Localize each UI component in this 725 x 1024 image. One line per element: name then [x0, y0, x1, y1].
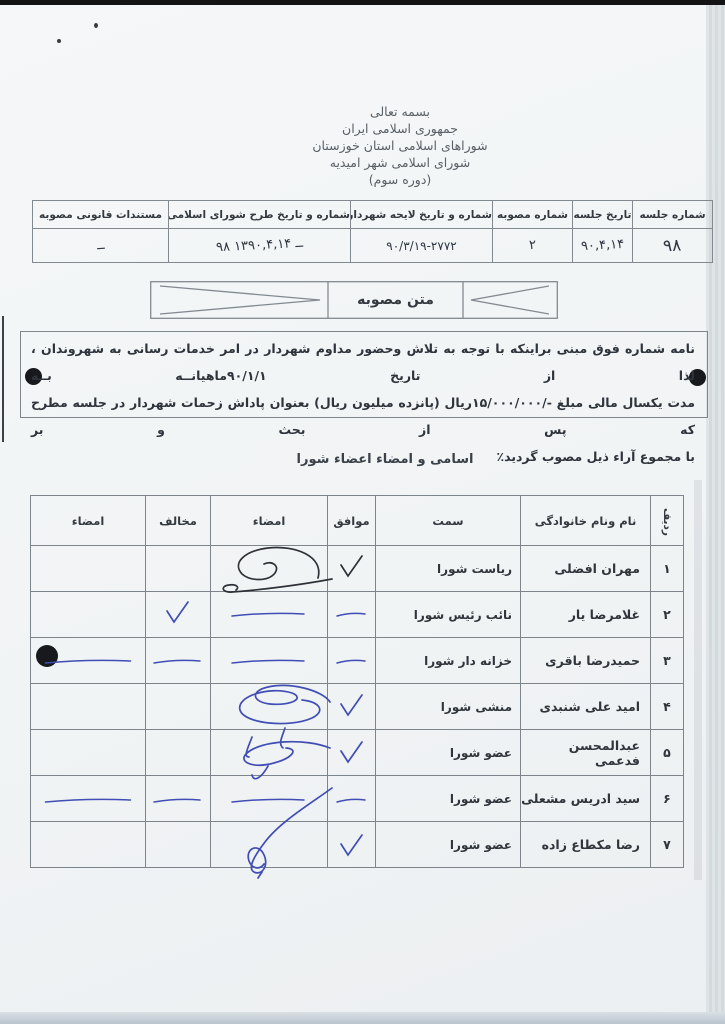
- row-no: ۴: [651, 684, 684, 730]
- info-header-session-no: شماره جلسه: [633, 201, 713, 229]
- signature-cell: [211, 546, 328, 592]
- header-signature-agree: امضاء: [211, 496, 328, 546]
- signature-cell: [31, 592, 146, 638]
- signature-cell: [211, 822, 328, 868]
- info-header-bill: شماره و تاریخ لایحه شهرداری: [351, 201, 493, 229]
- agree-cell: [328, 684, 376, 730]
- member-name: غلامرضا یار: [521, 592, 651, 638]
- signature-cell: [211, 638, 328, 684]
- resolution-line: نامه شماره فوق مبنی براینکه با توجه به ت…: [31, 335, 695, 389]
- agree-cell: [328, 822, 376, 868]
- member-position: خزانه دار شورا: [376, 638, 521, 684]
- letterhead-line: شوراهای اسلامی استان خوزستان: [160, 137, 640, 154]
- row-no-label: ردیف: [661, 508, 673, 536]
- banner-label: متن مصوبه: [328, 281, 463, 319]
- agree-cell: [328, 730, 376, 776]
- member-position: عضو شورا: [376, 730, 521, 776]
- signature-cell: [211, 592, 328, 638]
- member-row: ۶ سید ادریس مشعلی عضو شورا: [31, 776, 684, 822]
- handwritten-plan-number-date: ۹۸ ــ ۱۳۹۰,۴,۱۴: [216, 236, 304, 256]
- signature-cell: [31, 776, 146, 822]
- info-value-session-date: ۹۰,۴,۱۴: [573, 229, 633, 263]
- signature-cell: [31, 638, 146, 684]
- scanned-document-page: بسمه تعالی جمهوری اسلامی ایران شوراهای ا…: [0, 0, 725, 1024]
- agree-cell: [328, 592, 376, 638]
- info-value-plan: ۹۸ ــ ۱۳۹۰,۴,۱۴: [169, 229, 351, 263]
- info-header-legal-refs: مستندات قانونی مصوبه: [33, 201, 169, 229]
- signature-header-row: ردیف نام ونام خانوادگی سمت موافق امضاء م…: [31, 496, 684, 546]
- handwritten-resolution-no: ۲: [529, 238, 537, 253]
- resolution-text-box: نامه شماره فوق مبنی براینکه با توجه به ت…: [20, 331, 708, 418]
- member-position: منشی شورا: [376, 684, 521, 730]
- member-name: عبدالمحسن فدعمی: [521, 730, 651, 776]
- oppose-cell: [146, 638, 211, 684]
- member-row: ۵ عبدالمحسن فدعمی عضو شورا: [31, 730, 684, 776]
- member-row: ۲ غلامرضا یار نائب رئیس شورا: [31, 592, 684, 638]
- signature-cell: [31, 822, 146, 868]
- scan-right-shadow: [694, 480, 702, 880]
- scan-right-edge: [706, 5, 725, 1012]
- signature-cell: [211, 776, 328, 822]
- info-value-resolution-no: ۲: [493, 229, 573, 263]
- letterhead: بسمه تعالی جمهوری اسلامی ایران شوراهای ا…: [160, 103, 640, 188]
- signature-cell: [31, 730, 146, 776]
- ink-speck: [57, 39, 61, 43]
- oppose-cell: [146, 592, 211, 638]
- signature-cell: [31, 684, 146, 730]
- handwritten-dash: ــ: [96, 238, 104, 253]
- agree-cell: [328, 776, 376, 822]
- oppose-cell: [146, 776, 211, 822]
- letterhead-line: بسمه تعالی: [160, 103, 640, 120]
- member-row: ۷ رضا مکطاع زاده عضو شورا: [31, 822, 684, 868]
- row-no: ۶: [651, 776, 684, 822]
- scan-top-edge: [0, 0, 725, 5]
- member-name: امید علی شنبدی: [521, 684, 651, 730]
- resolution-text-banner: متن مصوبه: [150, 281, 558, 319]
- header-name: نام ونام خانوادگی: [521, 496, 651, 546]
- header-signature-oppose: امضاء: [31, 496, 146, 546]
- oppose-cell: [146, 684, 211, 730]
- bill-number-date: ۹۰/۳/۱۹-۲۷۷۲: [386, 239, 456, 253]
- agree-cell: [328, 546, 376, 592]
- scan-bottom-edge: [0, 1012, 725, 1024]
- member-position: عضو شورا: [376, 822, 521, 868]
- scan-left-edge-line: [2, 316, 4, 442]
- signature-cell: [211, 730, 328, 776]
- letterhead-line: جمهوری اسلامی ایران: [160, 120, 640, 137]
- info-value-row: ۹۸ ۹۰,۴,۱۴ ۲ ۹۰/۳/۱۹-۲۷۷۲ ۹۸ ــ ۱۳۹۰,۴,۱…: [33, 229, 713, 263]
- row-no: ۷: [651, 822, 684, 868]
- member-name: مهران افضلی: [521, 546, 651, 592]
- member-position: ریاست شورا: [376, 546, 521, 592]
- header-row-no: ردیف: [651, 496, 684, 546]
- signatures-section-title: اسامی و امضاء اعضاء شورا: [235, 452, 535, 467]
- signature-table: ردیف نام ونام خانوادگی سمت موافق امضاء م…: [30, 495, 684, 868]
- ink-speck: [94, 23, 98, 28]
- row-no: ۱: [651, 546, 684, 592]
- row-no: ۲: [651, 592, 684, 638]
- info-header-row: شماره جلسه تاریخ جلسه شماره مصوبه شماره …: [33, 201, 713, 229]
- header-position: سمت: [376, 496, 521, 546]
- info-value-bill: ۹۰/۳/۱۹-۲۷۷۲: [351, 229, 493, 263]
- agree-cell: [328, 638, 376, 684]
- member-name: سید ادریس مشعلی: [521, 776, 651, 822]
- letterhead-line: شورای اسلامی شهر امیدیه: [160, 154, 640, 171]
- header-agree: موافق: [328, 496, 376, 546]
- handwritten-session-date: ۹۰,۴,۱۴: [581, 237, 625, 254]
- member-row: ۳ حمیدرضا باقری خزانه دار شورا: [31, 638, 684, 684]
- member-name: حمیدرضا باقری: [521, 638, 651, 684]
- member-row: ۱ مهران افضلی ریاست شورا: [31, 546, 684, 592]
- member-row: ۴ امید علی شنبدی منشی شورا: [31, 684, 684, 730]
- info-header-plan: شماره و تاریخ طرح شورای اسلامی: [169, 201, 351, 229]
- oppose-cell: [146, 822, 211, 868]
- info-value-legal-refs: ــ: [33, 229, 169, 263]
- info-value-session-no: ۹۸: [633, 229, 713, 263]
- row-no: ۵: [651, 730, 684, 776]
- oppose-cell: [146, 546, 211, 592]
- letterhead-line: (دوره سوم): [160, 171, 640, 188]
- handwritten-session-no: ۹۸: [663, 235, 682, 256]
- oppose-cell: [146, 730, 211, 776]
- signature-cell: [211, 684, 328, 730]
- signature-cell: [31, 546, 146, 592]
- resolution-line: مدت یکسال مالی مبلغ -/۱۵/۰۰۰/۰۰۰ریال (پا…: [31, 389, 695, 443]
- info-header-resolution-no: شماره مصوبه: [493, 201, 573, 229]
- resolution-info-table: شماره جلسه تاریخ جلسه شماره مصوبه شماره …: [32, 200, 713, 263]
- member-position: نائب رئیس شورا: [376, 592, 521, 638]
- header-oppose: مخالف: [146, 496, 211, 546]
- row-no: ۳: [651, 638, 684, 684]
- member-position: عضو شورا: [376, 776, 521, 822]
- member-name: رضا مکطاع زاده: [521, 822, 651, 868]
- info-header-session-date: تاریخ جلسه: [573, 201, 633, 229]
